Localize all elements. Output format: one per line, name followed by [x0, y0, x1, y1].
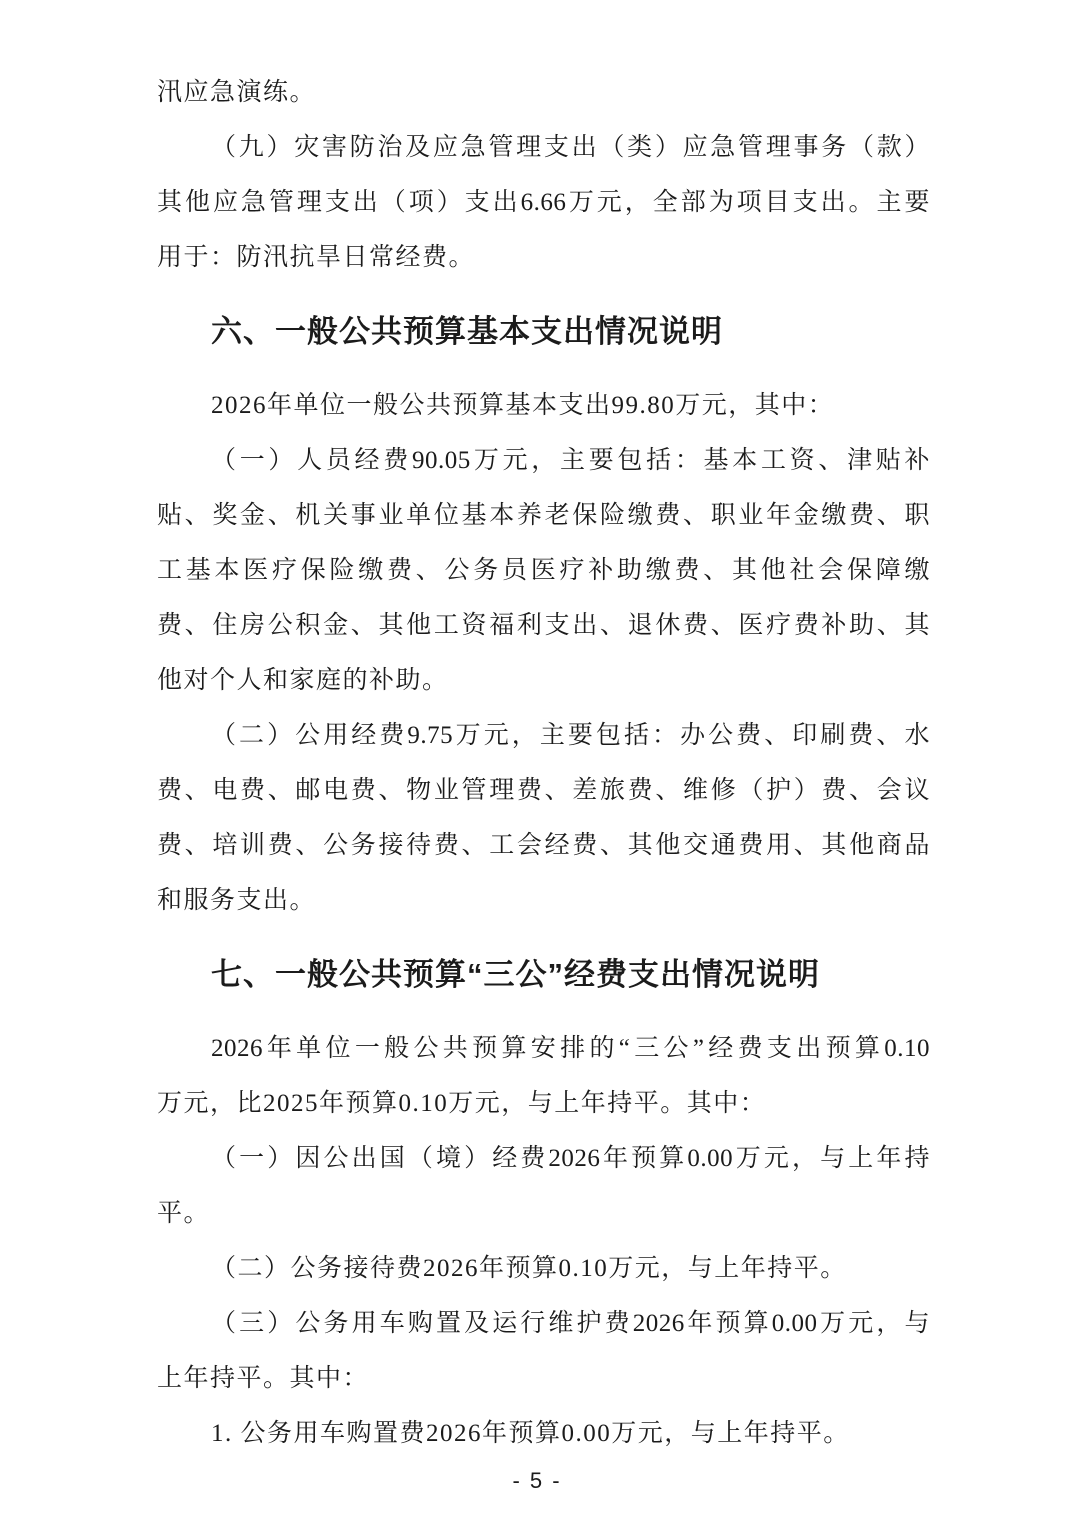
body-line: 其他应急管理支出（项）支出6.66万元，全部为项目支出。主要: [157, 175, 930, 230]
body-line: 1. 公务用车购置费2026年预算0.00万元，与上年持平。: [157, 1406, 930, 1461]
page-content: 汛应急演练。 （九）灾害防治及应急管理支出（类）应急管理事务（款） 其他应急管理…: [157, 65, 930, 1461]
paragraph-continuation: 汛应急演练。: [157, 65, 930, 120]
body-line: （二）公务接待费2026年预算0.10万元，与上年持平。: [157, 1241, 930, 1296]
body-line: 贴、奖金、机关事业单位基本养老保险缴费、职业年金缴费、职: [157, 488, 930, 543]
body-line: 2026年单位一般公共预算安排的“三公”经费支出预算0.10: [157, 1021, 930, 1076]
paragraph-basic-expense-total: 2026年单位一般公共预算基本支出99.80万元，其中：: [157, 378, 930, 433]
paragraph-reception-funds: （二）公务接待费2026年预算0.10万元，与上年持平。: [157, 1241, 930, 1296]
body-line: 费、培训费、公务接待费、工会经费、其他交通费用、其他商品: [157, 818, 930, 873]
body-line: 汛应急演练。: [157, 65, 930, 120]
section-heading-7: 七、一般公共预算“三公”经费支出情况说明: [157, 947, 930, 1002]
body-line: （二）公用经费9.75万元，主要包括：办公费、印刷费、水: [157, 708, 930, 763]
document-page: 汛应急演练。 （九）灾害防治及应急管理支出（类）应急管理事务（款） 其他应急管理…: [0, 0, 1074, 1520]
paragraph-abroad-funds: （一）因公出国（境）经费2026年预算0.00万元，与上年持 平。: [157, 1131, 930, 1241]
body-line: （三）公务用车购置及运行维护费2026年预算0.00万元，与: [157, 1296, 930, 1351]
paragraph-three-public-total: 2026年单位一般公共预算安排的“三公”经费支出预算0.10 万元，比2025年…: [157, 1021, 930, 1131]
paragraph-personnel-funds: （一）人员经费90.05万元，主要包括：基本工资、津贴补 贴、奖金、机关事业单位…: [157, 433, 930, 708]
body-line: （九）灾害防治及应急管理支出（类）应急管理事务（款）: [157, 120, 930, 175]
body-line: （一）因公出国（境）经费2026年预算0.00万元，与上年持: [157, 1131, 930, 1186]
paragraph-item-9: （九）灾害防治及应急管理支出（类）应急管理事务（款） 其他应急管理支出（项）支出…: [157, 120, 930, 285]
body-line: 工基本医疗保险缴费、公务员医疗补助缴费、其他社会保障缴: [157, 543, 930, 598]
body-line: 2026年单位一般公共预算基本支出99.80万元，其中：: [157, 378, 930, 433]
body-line: 上年持平。其中：: [157, 1351, 930, 1406]
body-line: （一）人员经费90.05万元，主要包括：基本工资、津贴补: [157, 433, 930, 488]
body-line: 平。: [157, 1186, 930, 1241]
section-heading-6: 六、一般公共预算基本支出情况说明: [157, 304, 930, 359]
body-line: 费、住房公积金、其他工资福利支出、退休费、医疗费补助、其: [157, 598, 930, 653]
body-line: 费、电费、邮电费、物业管理费、差旅费、维修（护）费、会议: [157, 763, 930, 818]
body-line: 用于：防汛抗旱日常经费。: [157, 230, 930, 285]
paragraph-public-funds: （二）公用经费9.75万元，主要包括：办公费、印刷费、水 费、电费、邮电费、物业…: [157, 708, 930, 928]
heading-line: 六、一般公共预算基本支出情况说明: [157, 304, 930, 359]
paragraph-vehicle-purchase: 1. 公务用车购置费2026年预算0.00万元，与上年持平。: [157, 1406, 930, 1461]
page-number: - 5 -: [0, 1468, 1074, 1494]
heading-line: 七、一般公共预算“三公”经费支出情况说明: [157, 947, 930, 1002]
paragraph-vehicle-funds: （三）公务用车购置及运行维护费2026年预算0.00万元，与 上年持平。其中：: [157, 1296, 930, 1406]
body-line: 他对个人和家庭的补助。: [157, 653, 930, 708]
body-line: 和服务支出。: [157, 873, 930, 928]
body-line: 万元，比2025年预算0.10万元，与上年持平。其中：: [157, 1076, 930, 1131]
